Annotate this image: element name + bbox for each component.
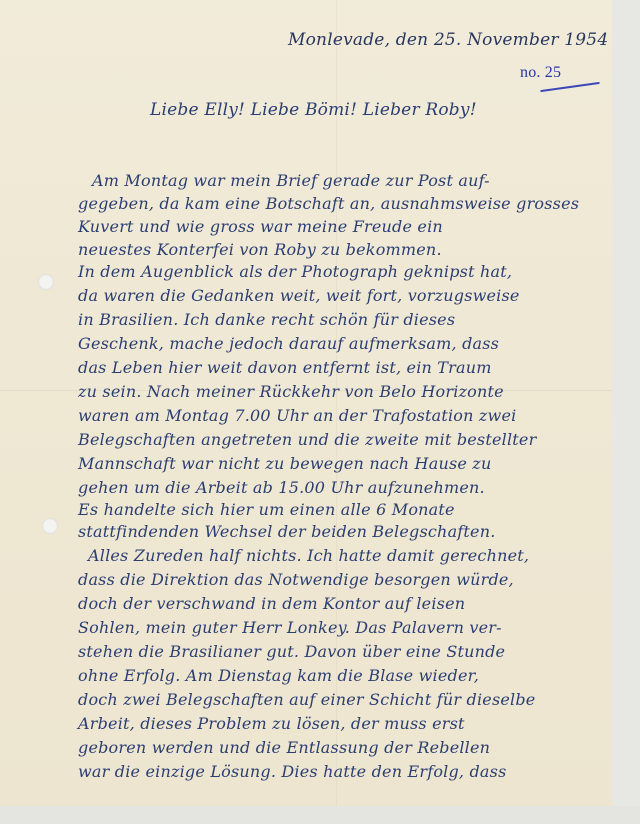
letter-line: ohne Erfolg. Am Dienstag kam die Blase w… — [78, 666, 479, 685]
letter-line: das Leben hier weit davon entfernt ist, … — [78, 358, 492, 377]
salutation: Liebe Elly! Liebe Bömi! Lieber Roby! — [150, 100, 477, 120]
letter-line: dass die Direktion das Notwendige besorg… — [78, 570, 514, 589]
annotation-underline — [540, 82, 600, 92]
letter-line: gehen um die Arbeit ab 15.00 Uhr aufzune… — [78, 478, 485, 497]
letter-line: zu sein. Nach meiner Rückkehr von Belo H… — [78, 382, 504, 401]
letter-line: Alles Zureden half nichts. Ich hatte dam… — [88, 546, 529, 565]
letter-line: gegeben, da kam eine Botschaft an, ausna… — [78, 194, 579, 213]
letter-line: Sohlen, mein guter Herr Lonkey. Das Pala… — [78, 618, 502, 637]
letter-line: geboren werden und die Entlassung der Re… — [78, 738, 490, 757]
letter-line: Am Montag war mein Brief gerade zur Post… — [92, 171, 490, 190]
letter-line: Es handelte sich hier um einen alle 6 Mo… — [78, 500, 455, 519]
paper-fold-vertical — [336, 0, 337, 806]
letter-line: Kuvert und wie gross war meine Freude ei… — [78, 217, 443, 236]
letter-line: war die einzige Lösung. Dies hatte den E… — [78, 762, 507, 781]
letter-line: doch zwei Belegschaften auf einer Schich… — [78, 690, 535, 709]
letter-line: stattfindenden Wechsel der beiden Belegs… — [78, 522, 496, 541]
punch-hole-bottom — [42, 518, 58, 534]
letter-line: da waren die Gedanken weit, weit fort, v… — [78, 286, 520, 305]
letter-line: neuestes Konterfei von Roby zu bekommen. — [78, 240, 442, 259]
scanner-background-right — [612, 0, 640, 824]
letter-line: in Brasilien. Ich danke recht schön für … — [78, 310, 455, 329]
letter-number-annotation: no. 25 — [520, 64, 561, 82]
letter-line: Geschenk, mache jedoch darauf aufmerksam… — [78, 334, 499, 353]
letter-line: stehen die Brasilianer gut. Davon über e… — [78, 642, 505, 661]
letter-line: Mannschaft war nicht zu bewegen nach Hau… — [78, 454, 491, 473]
punch-hole-top — [38, 274, 54, 290]
letter-line: Belegschaften angetreten und die zweite … — [78, 430, 536, 449]
letter-page: Monlevade, den 25. November 1954 no. 25 … — [0, 0, 613, 824]
place-date: Monlevade, den 25. November 1954 — [288, 30, 608, 50]
letter-line: waren am Montag 7.00 Uhr an der Trafosta… — [78, 406, 516, 425]
letter-line: Arbeit, dieses Problem zu lösen, der mus… — [78, 714, 465, 733]
scanner-background-bottom — [0, 806, 640, 824]
letter-line: doch der verschwand in dem Kontor auf le… — [78, 594, 465, 613]
letter-line: In dem Augenblick als der Photograph gek… — [78, 262, 512, 281]
